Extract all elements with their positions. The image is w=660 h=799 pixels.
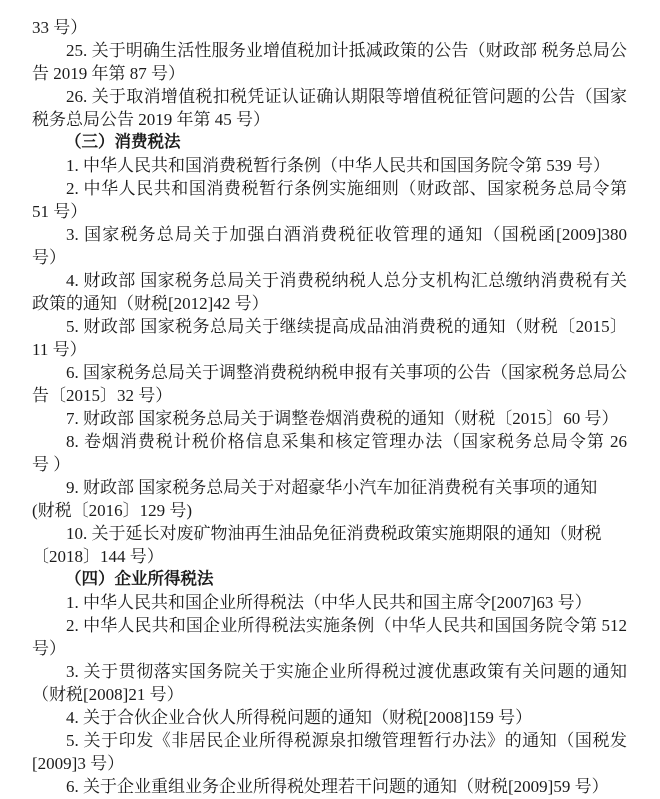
text-line: 告 2019 年第 87 号） bbox=[32, 62, 627, 85]
list-item-paragraph: 10. 关于延长对废矿物油再生油品免征消费税政策实施期限的通知（财税〔2018〕… bbox=[32, 522, 627, 568]
list-item-paragraph: 5. 财政部 国家税务总局关于继续提高成品油消费税的通知（财税〔2015〕11 … bbox=[32, 315, 627, 361]
list-item-paragraph: 6. 关于企业重组业务企业所得税处理若干问题的通知（财税[2009]59 号） bbox=[32, 775, 627, 798]
text-line: 1. 中华人民共和国消费税暂行条例（中华人民共和国国务院令第 539 号） bbox=[32, 154, 627, 177]
text-line: 号） bbox=[32, 246, 627, 269]
text-line: （财税[2008]21 号） bbox=[32, 683, 627, 706]
list-item-paragraph: 5. 关于印发《非居民企业所得税源泉扣缴管理暂行办法》的通知（国税发[2009]… bbox=[32, 729, 627, 775]
text-line: 8. 卷烟消费税计税价格信息采集和核定管理办法（国家税务总局令第 26 bbox=[32, 430, 627, 453]
text-line: 1. 中华人民共和国企业所得税法（中华人民共和国主席令[2007]63 号） bbox=[32, 591, 627, 614]
text-line: 税务总局公告 2019 年第 45 号） bbox=[32, 108, 627, 131]
text-line: 4. 财政部 国家税务总局关于消费税纳税人总分支机构汇总缴纳消费税有关 bbox=[32, 269, 627, 292]
text-line: 25. 关于明确生活性服务业增值税加计抵减政策的公告（财政部 税务总局公 bbox=[32, 39, 627, 62]
text-line: (财税〔2016〕129 号) bbox=[32, 499, 627, 522]
text-line: 5. 关于印发《非居民企业所得税源泉扣缴管理暂行办法》的通知（国税发 bbox=[32, 729, 627, 752]
list-item-paragraph: 2. 中华人民共和国消费税暂行条例实施细则（财政部、国家税务总局令第51 号） bbox=[32, 177, 627, 223]
text-line: 33 号） bbox=[32, 16, 627, 39]
text-line: 告〔2015〕32 号） bbox=[32, 384, 627, 407]
text-line: 6. 国家税务总局关于调整消费税纳税申报有关事项的公告（国家税务总局公 bbox=[32, 361, 627, 384]
text-line: 4. 关于合伙企业合伙人所得税问题的通知（财税[2008]159 号） bbox=[32, 706, 627, 729]
text-line: 3. 国家税务总局关于加强白酒消费税征收管理的通知（国税函[2009]380 bbox=[32, 223, 627, 246]
list-item-paragraph: 4. 关于合伙企业合伙人所得税问题的通知（财税[2008]159 号） bbox=[32, 706, 627, 729]
list-item-paragraph: 3. 关于贯彻落实国务院关于实施企业所得税过渡优惠政策有关问题的通知（财税[20… bbox=[32, 660, 627, 706]
section-heading: （三）消费税法 bbox=[32, 131, 627, 154]
text-line: 〔2018〕144 号） bbox=[32, 545, 627, 568]
list-item-paragraph: 9. 财政部 国家税务总局关于对超豪华小汽车加征消费税有关事项的通知(财税〔20… bbox=[32, 476, 627, 522]
text-line: （四）企业所得税法 bbox=[32, 568, 627, 591]
text-line: 11 号） bbox=[32, 338, 627, 361]
text-line: 政策的通知（财税[2012]42 号） bbox=[32, 292, 627, 315]
list-item-paragraph: 4. 财政部 国家税务总局关于消费税纳税人总分支机构汇总缴纳消费税有关政策的通知… bbox=[32, 269, 627, 315]
paragraph-continuation: 33 号） bbox=[32, 16, 627, 39]
list-item-paragraph: 7. 财政部 国家税务总局关于调整卷烟消费税的通知（财税〔2015〕60 号） bbox=[32, 407, 627, 430]
text-line: 10. 关于延长对废矿物油再生油品免征消费税政策实施期限的通知（财税 bbox=[32, 522, 627, 545]
text-line: 51 号） bbox=[32, 200, 627, 223]
list-item-paragraph: 25. 关于明确生活性服务业增值税加计抵减政策的公告（财政部 税务总局公告 20… bbox=[32, 39, 627, 85]
list-item-paragraph: 26. 关于取消增值税扣税凭证认证确认期限等增值税征管问题的公告（国家税务总局公… bbox=[32, 85, 627, 131]
text-line: [2009]3 号） bbox=[32, 752, 627, 775]
text-line: 2. 中华人民共和国企业所得税法实施条例（中华人民共和国国务院令第 512 bbox=[32, 614, 627, 637]
list-item-paragraph: 6. 国家税务总局关于调整消费税纳税申报有关事项的公告（国家税务总局公告〔201… bbox=[32, 361, 627, 407]
text-line: 6. 关于企业重组业务企业所得税处理若干问题的通知（财税[2009]59 号） bbox=[32, 775, 627, 798]
text-line: 3. 关于贯彻落实国务院关于实施企业所得税过渡优惠政策有关问题的通知 bbox=[32, 660, 627, 683]
text-line: 26. 关于取消增值税扣税凭证认证确认期限等增值税征管问题的公告（国家 bbox=[32, 85, 627, 108]
list-item-paragraph: 3. 国家税务总局关于加强白酒消费税征收管理的通知（国税函[2009]380号） bbox=[32, 223, 627, 269]
text-line: 5. 财政部 国家税务总局关于继续提高成品油消费税的通知（财税〔2015〕 bbox=[32, 315, 627, 338]
list-item-paragraph: 2. 中华人民共和国企业所得税法实施条例（中华人民共和国国务院令第 512号） bbox=[32, 614, 627, 660]
text-line: 号） bbox=[32, 637, 627, 660]
list-item-paragraph: 1. 中华人民共和国企业所得税法（中华人民共和国主席令[2007]63 号） bbox=[32, 591, 627, 614]
document-page: 33 号）25. 关于明确生活性服务业增值税加计抵减政策的公告（财政部 税务总局… bbox=[0, 0, 660, 799]
text-line: 号 ） bbox=[32, 453, 627, 476]
text-line: （三）消费税法 bbox=[32, 131, 627, 154]
list-item-paragraph: 8. 卷烟消费税计税价格信息采集和核定管理办法（国家税务总局令第 26号 ） bbox=[32, 430, 627, 476]
list-item-paragraph: 1. 中华人民共和国消费税暂行条例（中华人民共和国国务院令第 539 号） bbox=[32, 154, 627, 177]
text-line: 2. 中华人民共和国消费税暂行条例实施细则（财政部、国家税务总局令第 bbox=[32, 177, 627, 200]
text-line: 9. 财政部 国家税务总局关于对超豪华小汽车加征消费税有关事项的通知 bbox=[32, 476, 627, 499]
section-heading: （四）企业所得税法 bbox=[32, 568, 627, 591]
text-line: 7. 财政部 国家税务总局关于调整卷烟消费税的通知（财税〔2015〕60 号） bbox=[32, 407, 627, 430]
